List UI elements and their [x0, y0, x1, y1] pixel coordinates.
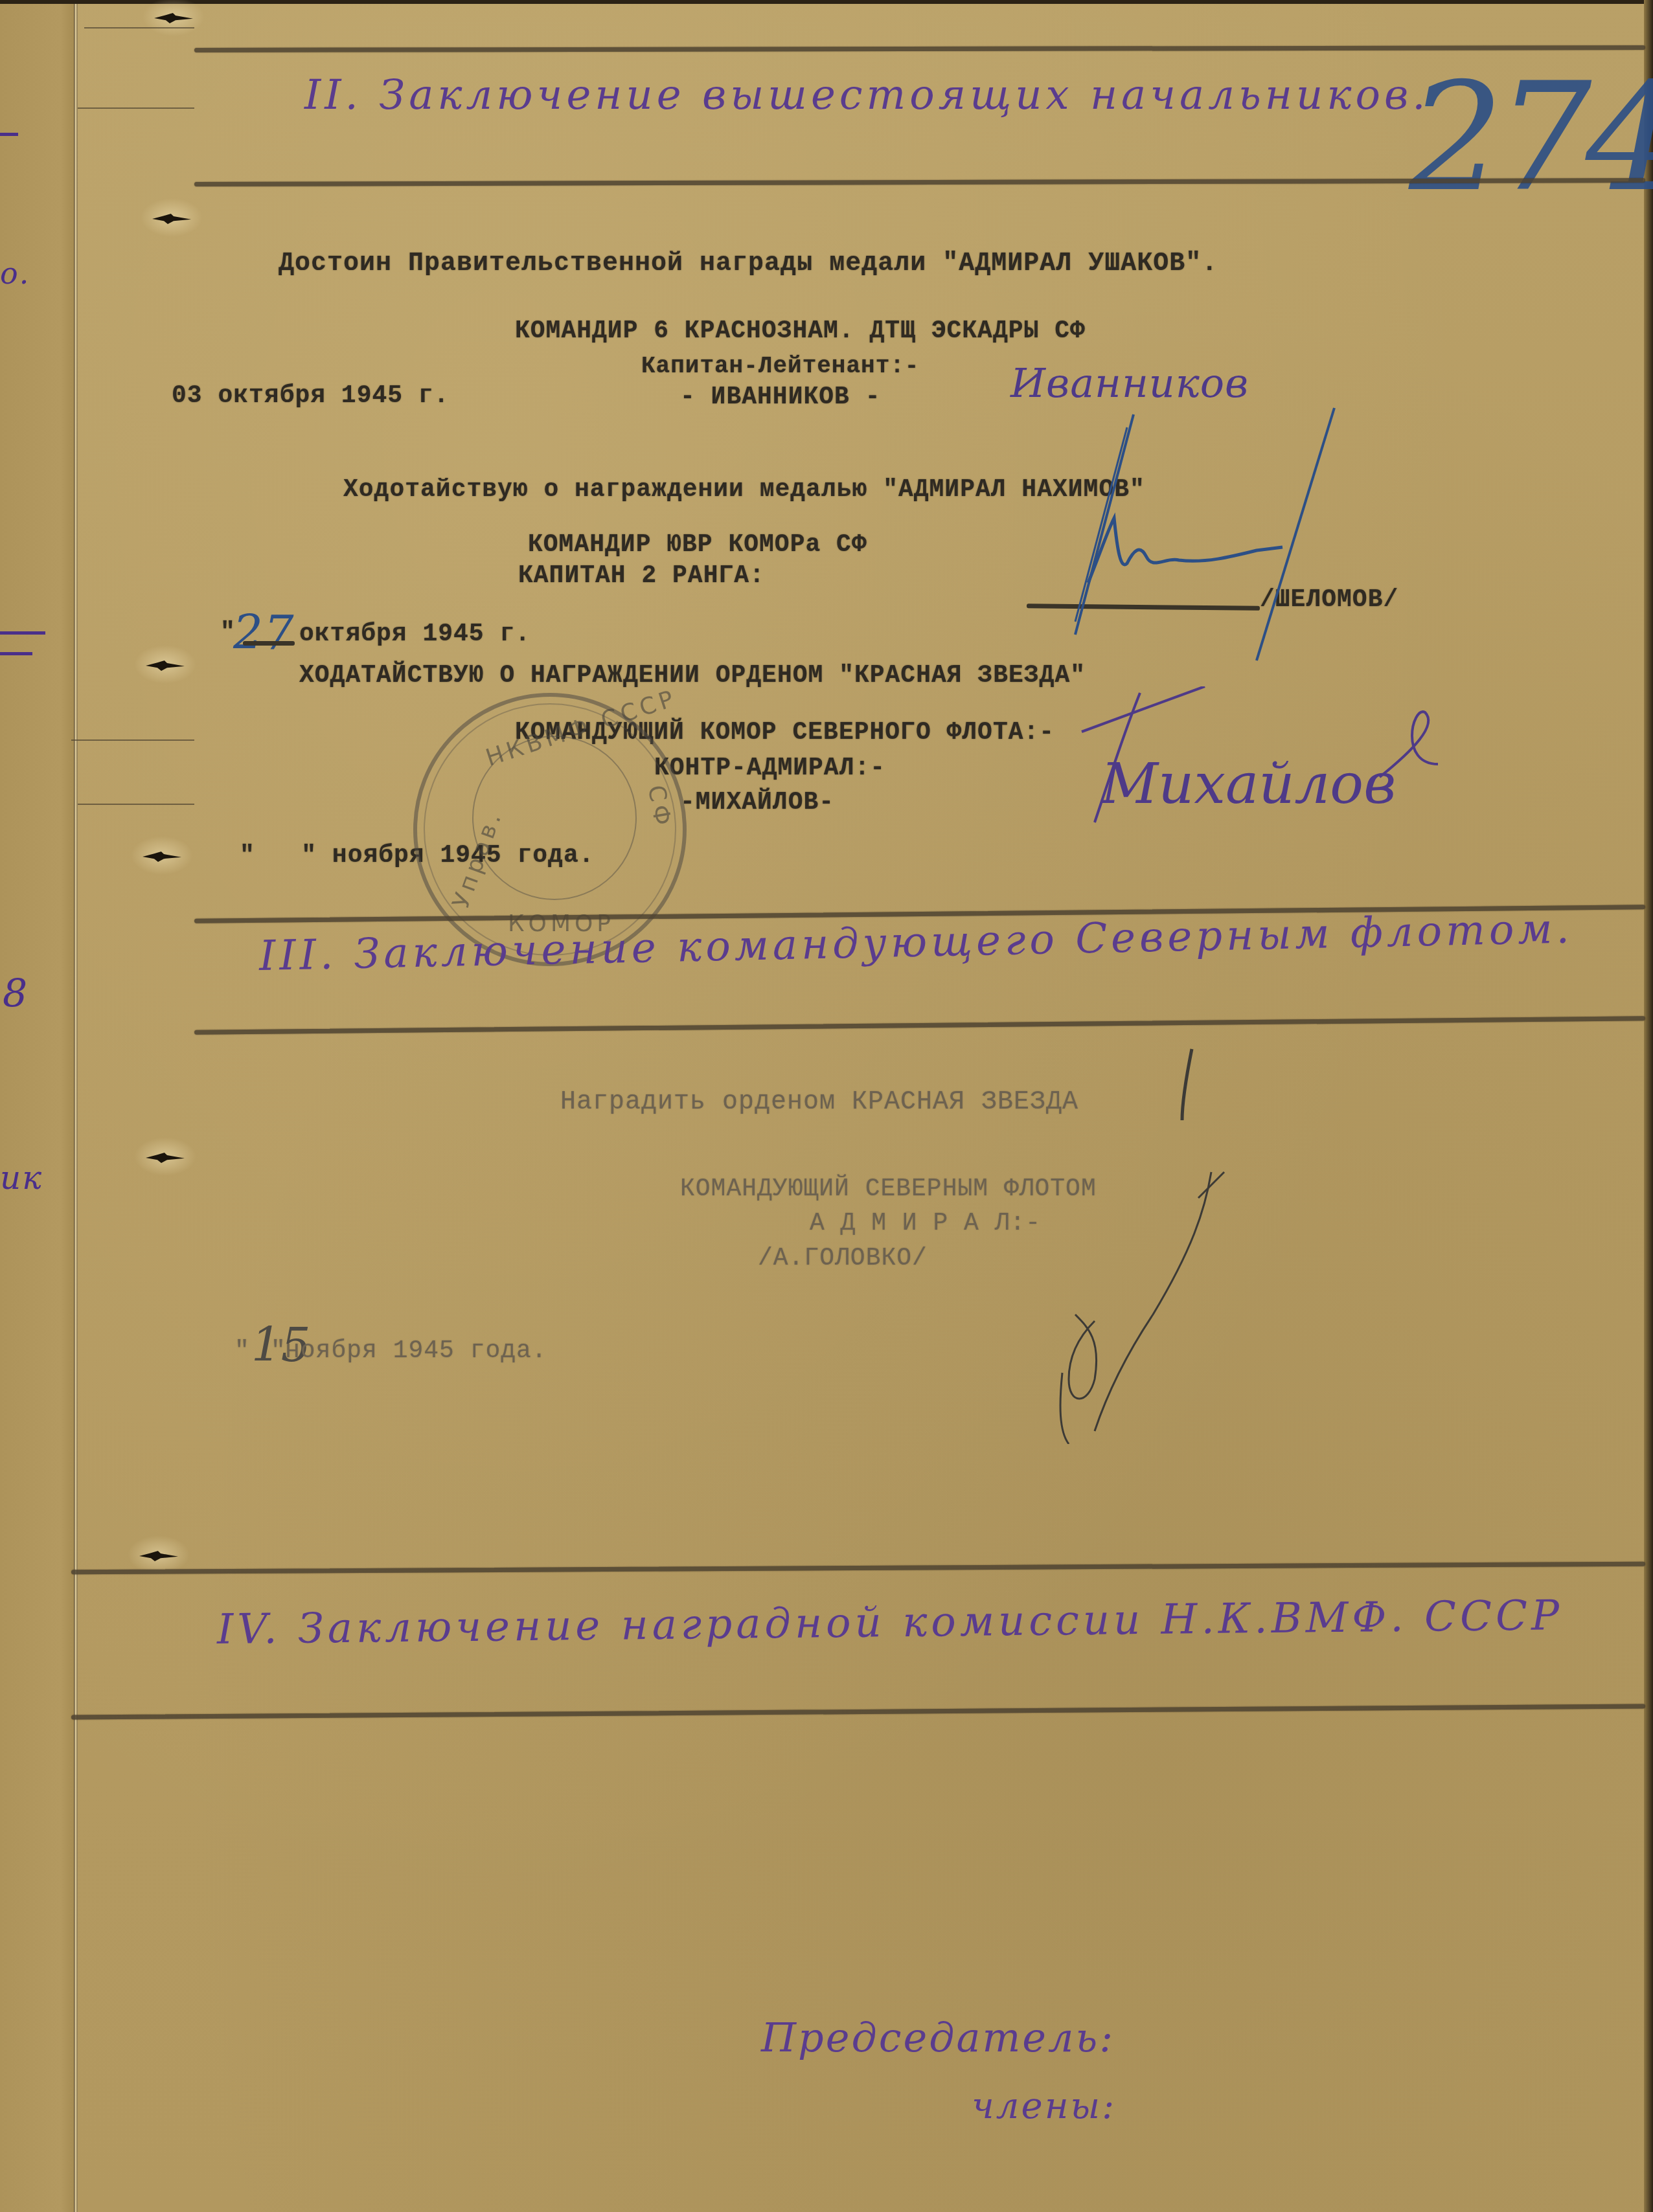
recommendation-1-name: - ИВАННИКОВ -: [680, 383, 880, 411]
recommendation-2-position: КОМАНДИР ЮВР КОМОРа СФ: [528, 531, 867, 559]
signature-golovko: [997, 1043, 1282, 1444]
section-iii-name: /А.ГОЛОВКО/: [758, 1245, 928, 1272]
punch-hole: [148, 6, 199, 32]
recommendation-2-date: октября 1945 г.: [299, 620, 530, 648]
recommendation-1-position: КОМАНДИР 6 КРАСНОЗНАМ. ДТЩ ЭСКАДРЫ СФ: [515, 317, 1086, 345]
section-iii-date: ноября 1945 года.: [285, 1337, 547, 1365]
section-ii-heading: II. Заключение вышестоящих начальников.: [304, 71, 1430, 119]
recommendation-3-rank: КОНТР-АДМИРАЛ:-: [654, 754, 885, 782]
punch-hole: [136, 845, 188, 871]
thin-rule: [78, 804, 194, 805]
date-underline: [243, 641, 295, 646]
chairman-label: Председатель:: [761, 2014, 1115, 2061]
prev-page-stroke: [0, 133, 18, 136]
recommendation-2-text: Ходотайствую о награждении медалью "АДМИ…: [343, 476, 1145, 504]
close-quote: ": [271, 1337, 286, 1365]
binding-fold: [74, 0, 78, 2212]
punch-hole: [139, 654, 191, 680]
thin-rule: [84, 27, 194, 28]
page-top-edge: [0, 0, 1653, 4]
signature-ivannikov: Иванников: [1010, 359, 1249, 407]
punch-hole: [139, 1146, 191, 1172]
svg-text:Михайлов: Михайлов: [1100, 752, 1396, 817]
prev-page-stroke: [0, 652, 32, 655]
thin-rule: [71, 739, 194, 741]
signature-mikhailov: Михайлов: [1075, 686, 1451, 848]
recommendation-3-text: ХОДАТАЙСТВУЮ О НАГРАЖДЕНИИ ОРДЕНОМ "КРАС…: [299, 662, 1086, 690]
punch-hole: [146, 207, 198, 233]
recommendation-3-name: -МИХАЙЛОВ-: [680, 789, 834, 817]
recommendation-1-rank: Капитан-Лейтенант:-: [641, 353, 919, 379]
recommendation-1-date: 03 октября 1945 г.: [172, 382, 449, 410]
prev-page-fragment: 8: [3, 971, 28, 1017]
recommendation-2-date-day: 27: [233, 605, 295, 660]
archive-sheet-number: 274: [1409, 52, 1653, 225]
prev-page-fragment: о.: [0, 256, 30, 291]
signature-shelomov: [1036, 401, 1399, 673]
punch-hole: [133, 1544, 185, 1570]
thin-rule: [78, 107, 194, 109]
recommendation-1-text: Достоин Правительственной награды медали…: [279, 249, 1218, 278]
open-quote: ": [234, 1337, 250, 1365]
recommendation-2-rank: КАПИТАН 2 РАНГА:: [518, 562, 765, 590]
open-quote: ": [220, 618, 236, 646]
page-right-edge: [1644, 0, 1653, 2212]
prev-page-stroke: [0, 631, 45, 635]
previous-page-edge: [0, 0, 75, 2212]
members-label: члены:: [972, 2085, 1116, 2127]
prev-page-fragment: ик: [0, 1159, 43, 1197]
